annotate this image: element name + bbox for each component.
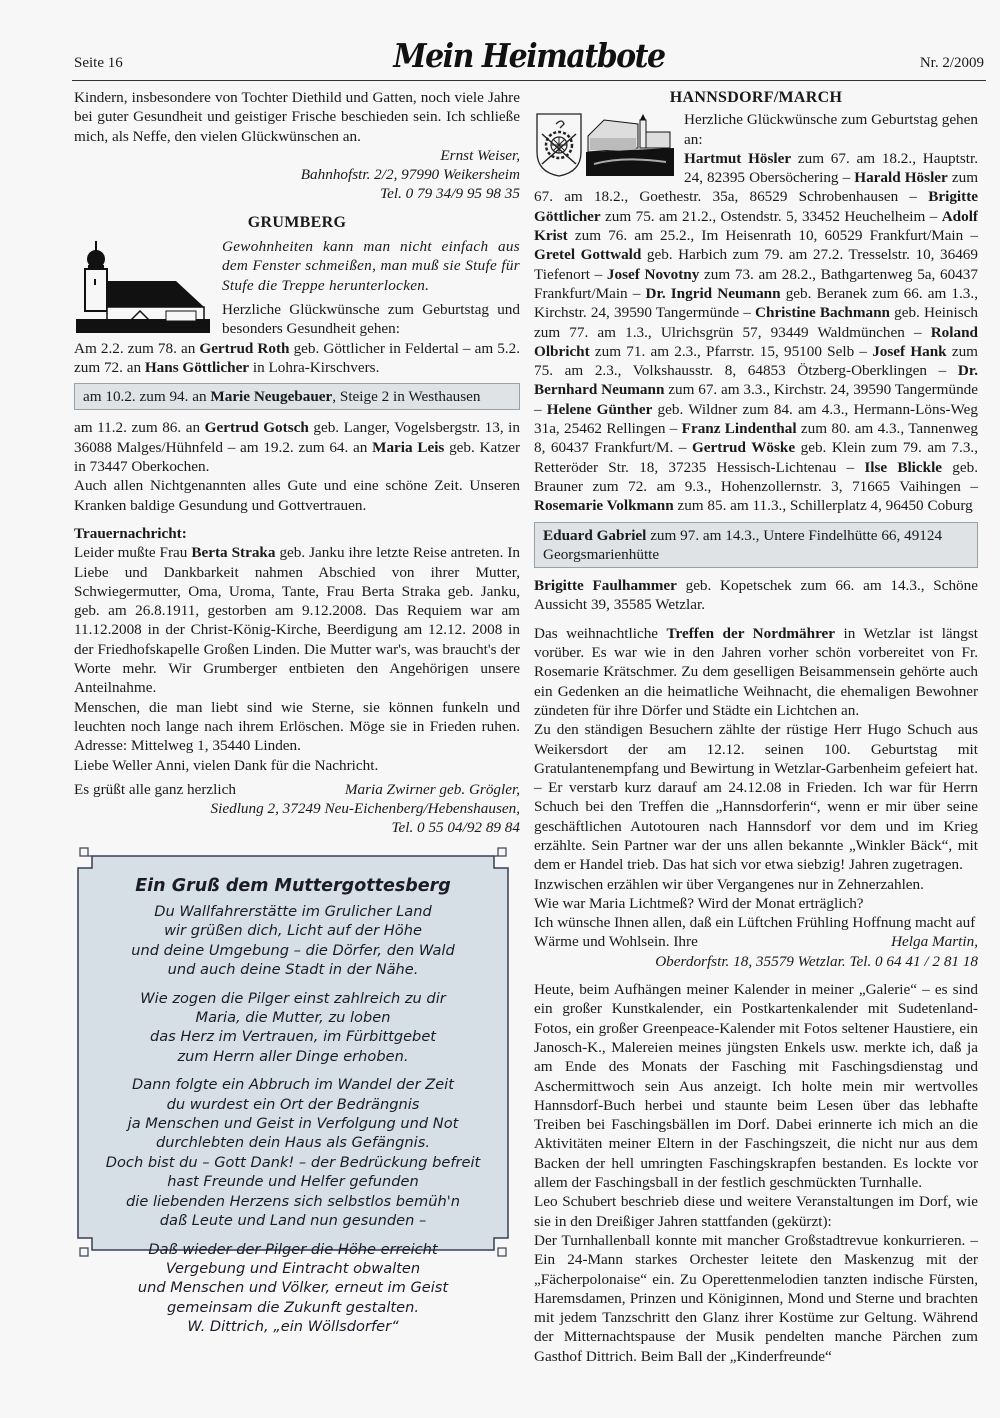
person-name: Hans Göttlicher xyxy=(145,359,249,376)
zehner-line: Inzwischen erzählen wir über Vergangenes… xyxy=(534,875,978,894)
page-header: Seite 16 Mein Heimatbote Nr. 2/2009 xyxy=(72,18,986,81)
intro-signature-phone: Tel. 0 79 34/9 95 98 35 xyxy=(74,184,520,203)
lichtmess-line: Wie war Maria Lichtmeß? Wird der Monat e… xyxy=(534,894,978,913)
signature-phone: Tel. 0 55 04/92 89 84 xyxy=(74,818,520,837)
poem-stanza: Du Wallfahrerstätte im Grulicher Land wi… xyxy=(84,902,502,980)
poem-author: W. Dittrich, „ein Wöllsdorfer“ xyxy=(84,1317,502,1336)
person-name: Berta Straka xyxy=(191,544,275,561)
section-heading-hannsdorf: HANNSDORF/MARCH xyxy=(534,88,978,107)
treffen-paragraph: Das weihnachtliche Treffen der Nordmähre… xyxy=(534,624,978,720)
wishes-paragraph: Auch allen Nichtgenannten alles Gute und… xyxy=(74,476,520,515)
schubert-paragraph: Leo Schubert beschrieb diese und weitere… xyxy=(534,1192,978,1231)
highlight-box: Eduard Gabriel zum 97. am 14.3., Untere … xyxy=(534,522,978,569)
schuch-paragraph: Zu den ständigen Besuchern zählte der rü… xyxy=(534,720,978,874)
poem-stanza: Dann folgte ein Abbruch im Wandel der Ze… xyxy=(84,1075,502,1230)
section-heading-grumberg: GRUMBERG xyxy=(74,213,520,232)
coat-of-arms-and-town-illustration-icon xyxy=(534,112,676,178)
memorial-paragraph: Menschen, die man liebt sind wie Sterne,… xyxy=(74,698,520,756)
person-name: Marie Neugebauer xyxy=(210,388,332,405)
turnhalle-paragraph: Der Turnhallenball konnte mit mancher Gr… xyxy=(534,1231,978,1366)
kalender-paragraph: Heute, beim Aufhängen meiner Kalender in… xyxy=(534,980,978,1192)
closing-text: Es grüßt alle ganz herzlich xyxy=(74,780,236,799)
signature-name: Helga Martin, xyxy=(891,932,978,951)
person-name: Maria Leis xyxy=(372,439,444,456)
newspaper-page: Seite 16 Mein Heimatbote Nr. 2/2009 Kind… xyxy=(0,0,1000,1418)
intro-signature-name: Ernst Weiser, xyxy=(74,146,520,165)
signature-address: Siedlung 2, 37249 Neu-Eichenberg/Hebensh… xyxy=(74,799,520,818)
person-name: Gertrud Gotsch xyxy=(205,419,309,436)
person-name: Eduard Gabriel xyxy=(543,527,646,544)
obituary-paragraph: Leider mußte Frau Berta Straka geb. Jank… xyxy=(74,543,520,697)
birthday-list-2: am 11.2. zum 86. an Gertrud Gotsch geb. … xyxy=(74,418,520,476)
poem-stanza: Wie zogen die Pilger einst zahlreich zu … xyxy=(84,989,502,1067)
masthead-logo: Mein Heimatbote xyxy=(393,37,664,76)
obituary-heading: Trauernachricht: xyxy=(74,524,520,543)
highlight-box: am 10.2. zum 94. an Marie Neugebauer, St… xyxy=(74,383,520,410)
hannsdorf-intro: Herzliche Glückwünsche zum Geburtstag ge… xyxy=(534,110,978,515)
birthday-list-1: Am 2.2. zum 78. an Gertrud Roth geb. Göt… xyxy=(74,339,520,378)
thanks-line: Liebe Weller Anni, vielen Dank für die N… xyxy=(74,756,520,775)
signature-address: Oberdorfstr. 18, 35579 Wetzlar. Tel. 0 6… xyxy=(534,952,978,971)
signature-name: Maria Zwirner geb. Grögler, xyxy=(345,780,520,799)
person-name: Gertrud Roth xyxy=(199,340,289,357)
poem-title: Ein Gruß dem Muttergottesberg xyxy=(84,874,502,898)
grumberg-intro: Gewohnheiten kann man nicht einfach aus … xyxy=(74,237,520,338)
left-column: Kindern, insbesondere von Tochter Diethi… xyxy=(74,88,520,838)
intro-signature-address: Bahnhofstr. 2/2, 97990 Weikersheim xyxy=(74,165,520,184)
closing-row: Es grüßt alle ganz herzlich Maria Zwirne… xyxy=(74,780,520,799)
page-number: Seite 16 xyxy=(74,55,123,72)
poem-content: Ein Gruß dem Muttergottesberg Du Wallfah… xyxy=(84,874,502,1346)
right-column: HANNSDORF/MARCH xyxy=(534,88,978,1366)
birthday-list-hannsdorf: Hartmut Hösler zum 67. am 18.2., Hauptst… xyxy=(534,149,978,516)
wish-paragraph: Ich wünsche Ihnen allen, daß ein Lüftche… xyxy=(534,913,978,952)
intro-paragraph: Kindern, insbesondere von Tochter Diethi… xyxy=(74,88,520,146)
faulhammer-paragraph: Brigitte Faulhammer geb. Kopetschek zum … xyxy=(534,576,978,615)
church-illustration-icon xyxy=(74,237,212,335)
poem-stanza: Daß wieder der Pilger die Höhe erreicht … xyxy=(84,1240,502,1337)
poem-box: Ein Gruß dem Muttergottesberg Du Wallfah… xyxy=(76,846,510,1258)
issue-number: Nr. 2/2009 xyxy=(920,55,984,72)
